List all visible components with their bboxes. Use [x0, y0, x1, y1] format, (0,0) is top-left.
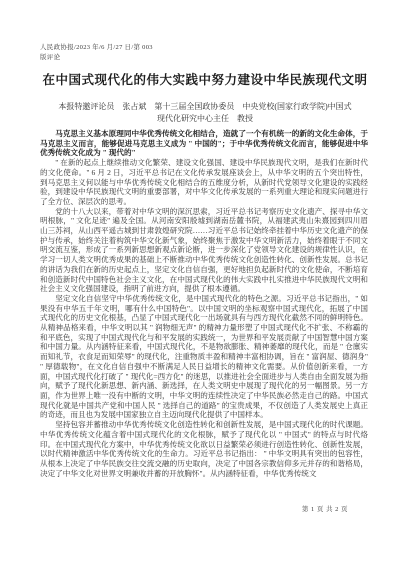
newspaper-source-line: 人民政协报/2023 年/6 月/27 日/第 003 — [40, 43, 153, 53]
article-paragraph: 坚持包容并蓄推动中华优秀传统文化创造性转化和创新性发展，是中国式现代化的时代课题… — [40, 420, 368, 478]
article-body: 马克思主义基本原理同中华优秀传统文化相结合，造就了一个有机统一的新的文化生命体，… — [40, 129, 368, 478]
section-line: 版评论 — [40, 53, 153, 63]
article-title: 在中国式现代化的伟大实践中努力建设中华民族现代文明 — [0, 70, 410, 88]
article-paragraph: " 在新的起点上继续推动文化繁荣、建设文化强国、建设中华民族现代文明，是我们在新… — [40, 158, 368, 207]
byline: 本报特邀评论员 张占斌 第十三届全国政协委员 中央党校(国家行政学院)中国式 现… — [30, 101, 380, 125]
document-page: 人民政协报/2023 年/6 月/27 日/第 003 版评论 在中国式现代化的… — [0, 0, 410, 580]
masthead: 人民政协报/2023 年/6 月/27 日/第 003 版评论 — [40, 43, 153, 63]
byline-line-2: 现代化研究中心主任 教授 — [30, 113, 380, 125]
byline-line-1: 本报特邀评论员 张占斌 第十三届全国政协委员 中央党校(国家行政学院)中国式 — [30, 101, 380, 113]
article-lead-paragraph: 马克思主义基本原理同中华优秀传统文化相结合，造就了一个有机统一的新的文化生命体，… — [40, 129, 368, 158]
article-paragraph: 党的十八大以来，带着对中华文明的深沉思索，习近平总书记考察历史文化遗产、探寻中华… — [40, 207, 368, 294]
article-paragraph: 坚定文化自信坚守中华优秀传统文化，是中国式现代化的特色之源。习近平总书记指出，"… — [40, 294, 368, 420]
page-number: 第 1 页 共 2 页 — [302, 504, 348, 513]
